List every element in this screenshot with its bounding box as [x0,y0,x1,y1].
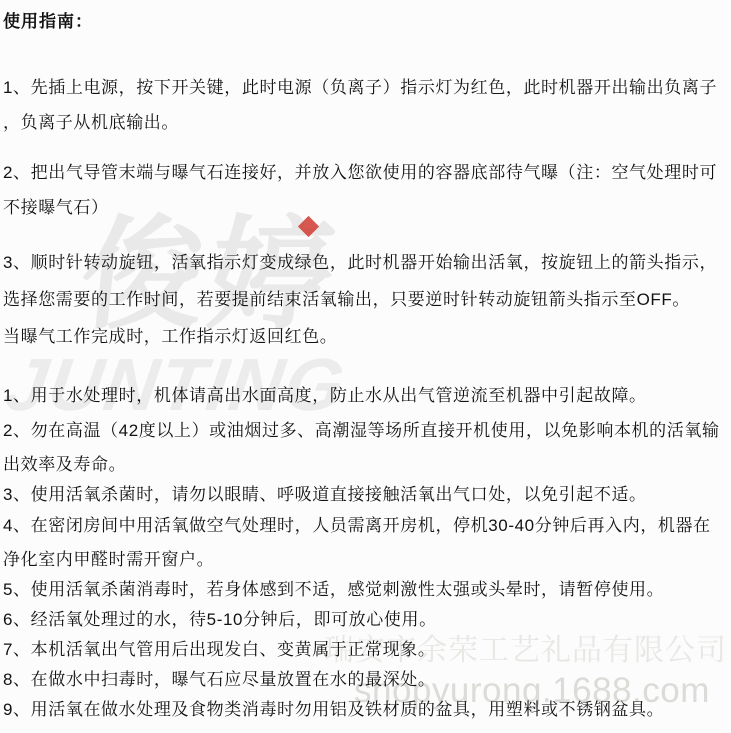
caution-line-8: 8、在做水中扫毒时，曝气石应尽量放置在水的最深处。 [3,669,435,691]
instruction-line-step2-b: 不接曝气石） [3,197,109,219]
instruction-line-step1-a: 1、先插上电源，按下开关键，此时电源（负离子）指示灯为红色，此时机器开出输出负离… [3,77,717,99]
caution-line-7: 7、本机活氧出气管用后出现发白、变黄属于正常现象。 [3,639,435,661]
caution-line-2-b: 出效率及寿命。 [3,454,126,476]
instruction-line-step1-b: ，负离子从机底输出。 [3,112,179,134]
usage-guide-document: 使用指南： 1、先插上电源，按下开关键，此时电源（负离子）指示灯为红色，此时机器… [0,0,731,733]
caution-line-9: 9、用活氧在做水处理及食物类消毒时勿用铝及铁材质的盆具，用塑料或不锈钢盆具。 [3,699,664,721]
caution-line-4-b: 净化室内甲醛时需开窗户。 [3,549,214,571]
caution-line-4-a: 4、在密闭房间中用活氧做空气处理时，人员需离开房机，停机30-40分钟后再入内，… [3,515,711,537]
caution-line-5: 5、使用活氧杀菌消毒时，若身体感到不适，感觉刺激性太强或头晕时，请暂停使用。 [3,579,664,601]
caution-line-6: 6、经活氧处理过的水，待5-10分钟后，即可放心使用。 [3,609,437,631]
caution-line-1: 1、用于水处理时，机体请高出水面高度，防止水从出气管逆流至机器中引起故障。 [3,385,647,407]
page-title: 使用指南： [3,7,93,32]
caution-line-2-a: 2、勿在高温（42度以上）或油烟过多、高潮湿等场所直接开机使用，以免影响本机的活… [3,420,720,442]
instruction-line-step3-a: 3、顺时针转动旋钮，活氧指示灯变成绿色，此时机器开始输出活氧，按旋钮上的箭头指示… [3,252,717,274]
instruction-line-step3-b: 选择您需要的工作时间，若要提前结束活氧输出，只要逆时针转动旋钮箭头指示至OFF。 [3,289,690,311]
caution-line-3: 3、使用活氧杀菌时，请勿以眼睛、呼吸道直接接触活氧出气口处，以免引起不适。 [3,484,647,506]
instruction-line-step3-c: 当曝气工作完成时，工作指示灯返回红色。 [3,326,337,348]
instruction-line-step2-a: 2、把出气导管末端与曝气石连接好，并放入您欲使用的容器底部待气曝（注：空气处理时… [3,162,717,184]
